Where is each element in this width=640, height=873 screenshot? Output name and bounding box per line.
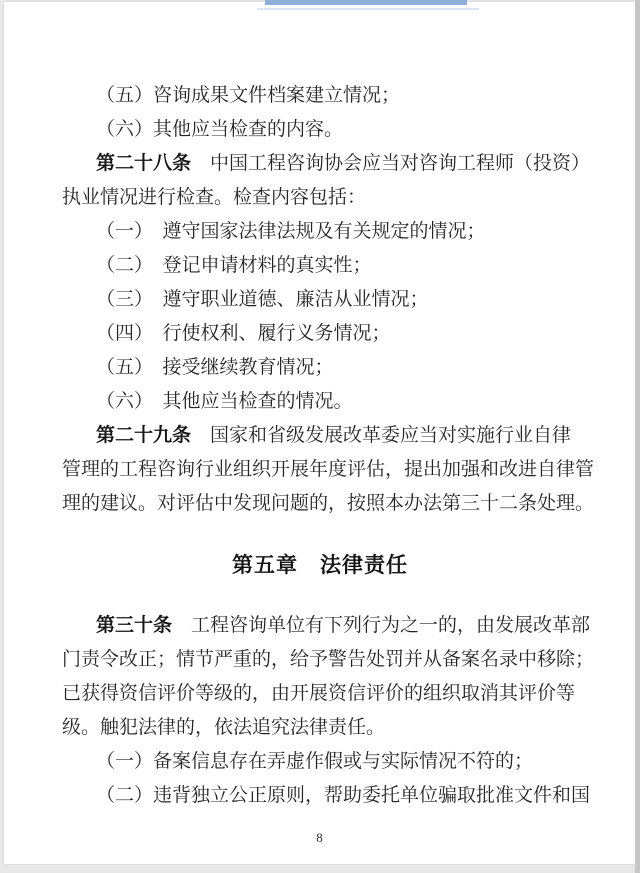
text-line: （二）违背独立公正原则，帮助委托单位骗取批准文件和国 bbox=[62, 779, 578, 813]
line-text: 理的建议。对评估中发现问题的，按照本办法第三十二条处理。 bbox=[62, 493, 594, 514]
text-line: （六） 其他应当检查的情况。 bbox=[62, 385, 578, 419]
text-line: 管理的工程咨询行业组织开展年度评估，提出加强和改进自律管 bbox=[62, 453, 578, 487]
text-line: （六）其他应当检查的内容。 bbox=[62, 113, 578, 147]
article-number-bold: 第三十条 bbox=[96, 615, 172, 636]
right-scrollbar-track[interactable] bbox=[635, 0, 640, 873]
article-number-bold: 第二十八条 bbox=[96, 153, 191, 174]
document-page: （五）咨询成果文件档案建立情况； （六）其他应当检查的内容。 第二十八条 中国工… bbox=[4, 2, 635, 864]
line-text: 中国工程咨询协会应当对咨询工程师（投资） bbox=[191, 153, 590, 174]
text-line: （一）备案信息存在弄虚作假或与实际情况不符的； bbox=[62, 745, 578, 779]
line-text: （五） 接受继续教育情况； bbox=[96, 357, 334, 378]
text-line: 理的建议。对评估中发现问题的，按照本办法第三十二条处理。 bbox=[62, 487, 578, 521]
line-text: （三） 遵守职业道德、廉洁从业情况； bbox=[96, 289, 429, 310]
page-number: 8 bbox=[4, 830, 635, 846]
text-line: 级。触犯法律的，依法追究法律责任。 bbox=[62, 711, 578, 745]
line-text: （六）其他应当检查的内容。 bbox=[96, 119, 343, 140]
line-text: 已获得资信评价等级的，由开展资信评价的组织取消其评价等 bbox=[62, 683, 575, 704]
text-line: （五）咨询成果文件档案建立情况； bbox=[62, 79, 578, 113]
page-content: （五）咨询成果文件档案建立情况； （六）其他应当检查的内容。 第二十八条 中国工… bbox=[62, 79, 578, 813]
text-line: 已获得资信评价等级的，由开展资信评价的组织取消其评价等 bbox=[62, 677, 578, 711]
top-blue-underline bbox=[257, 8, 479, 10]
text-line: 第二十八条 中国工程咨询协会应当对咨询工程师（投资） bbox=[62, 147, 578, 181]
line-text: （六） 其他应当检查的情况。 bbox=[96, 391, 353, 412]
line-text: 工程咨询单位有下列行为之一的，由发展改革部 bbox=[172, 615, 590, 636]
line-text: 门责令改正；情节严重的，给予警告处罚并从备案名录中移除； bbox=[62, 649, 594, 670]
text-line: （二） 登记申请材料的真实性； bbox=[62, 249, 578, 283]
line-text: （二） 登记申请材料的真实性； bbox=[96, 255, 372, 276]
text-line: （三） 遵守职业道德、廉洁从业情况； bbox=[62, 283, 578, 317]
text-line: 执业情况进行检查。检查内容包括： bbox=[62, 181, 578, 215]
text-line: 第二十九条 国家和省级发展改革委应当对实施行业自律 bbox=[62, 419, 578, 453]
line-text: （四） 行使权利、履行义务情况； bbox=[96, 323, 391, 344]
text-line: 第三十条 工程咨询单位有下列行为之一的，由发展改革部 bbox=[62, 609, 578, 643]
line-text: （二）违背独立公正原则，帮助委托单位骗取批准文件和国 bbox=[96, 785, 590, 806]
line-text: 管理的工程咨询行业组织开展年度评估，提出加强和改进自律管 bbox=[62, 459, 594, 480]
document-viewer: （五）咨询成果文件档案建立情况； （六）其他应当检查的内容。 第二十八条 中国工… bbox=[0, 0, 640, 873]
line-text: （一） 遵守国家法律法规及有关规定的情况； bbox=[96, 221, 486, 242]
line-text: 级。触犯法律的，依法追究法律责任。 bbox=[62, 717, 385, 738]
top-blue-bar bbox=[265, 0, 467, 5]
line-text: （一）备案信息存在弄虚作假或与实际情况不符的； bbox=[96, 751, 533, 772]
text-line: （四） 行使权利、履行义务情况； bbox=[62, 317, 578, 351]
text-line: 门责令改正；情节严重的，给予警告处罚并从备案名录中移除； bbox=[62, 643, 578, 677]
line-text: 国家和省级发展改革委应当对实施行业自律 bbox=[191, 425, 571, 446]
text-line: （五） 接受继续教育情况； bbox=[62, 351, 578, 385]
line-text: （五）咨询成果文件档案建立情况； bbox=[96, 85, 400, 106]
chapter-heading: 第五章 法律责任 bbox=[62, 549, 578, 583]
text-line: （一） 遵守国家法律法规及有关规定的情况； bbox=[62, 215, 578, 249]
article-number-bold: 第二十九条 bbox=[96, 425, 191, 446]
line-text: 执业情况进行检查。检查内容包括： bbox=[62, 187, 366, 208]
